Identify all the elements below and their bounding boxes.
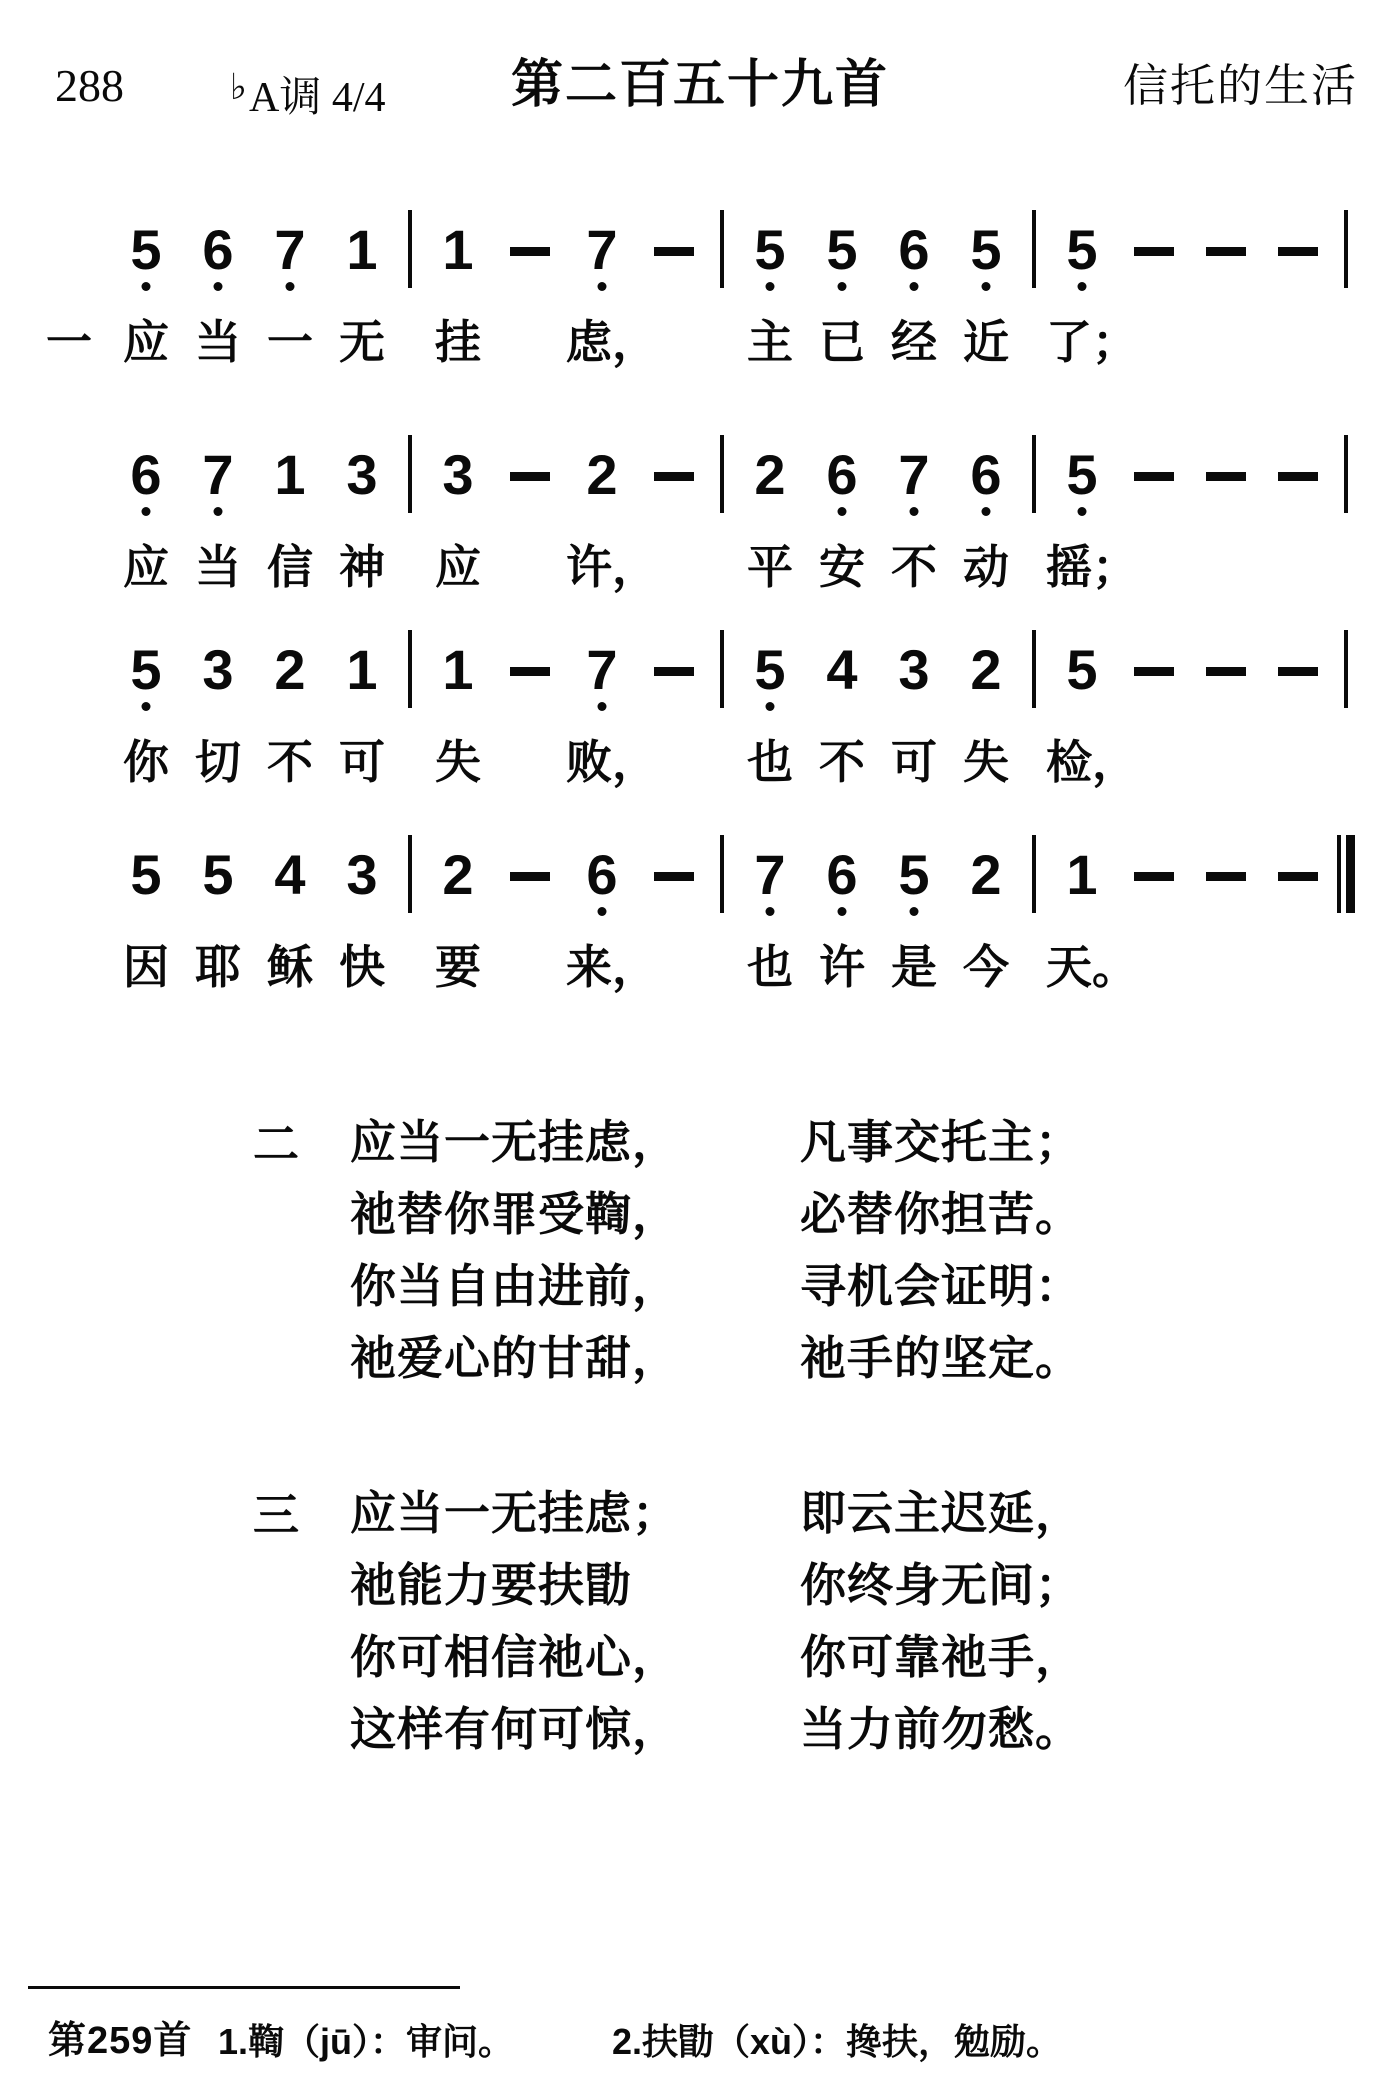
barline xyxy=(1022,222,1046,292)
low-octave-dot xyxy=(598,907,607,916)
hymnal-page: 288 ♭A调 4/4 第二百五十九首 信托的生活 56711755655一应当… xyxy=(0,0,1400,2100)
note: 1 xyxy=(326,222,398,292)
note: 1 xyxy=(422,642,494,712)
barline xyxy=(398,847,422,917)
note: 1 xyxy=(326,642,398,712)
bar xyxy=(1344,630,1348,708)
low-octave-dot xyxy=(910,507,919,516)
note: 2 xyxy=(734,447,806,517)
note-digit: 5 xyxy=(110,847,182,903)
verse-line: 祂爱心的甘甜，祂手的坚定。 xyxy=(350,1328,1250,1400)
note: 5 xyxy=(110,642,182,712)
dash-glyph xyxy=(1278,667,1318,676)
note-digit: 2 xyxy=(254,642,326,698)
lyric-syllable: 主 xyxy=(734,314,806,372)
dash-glyph xyxy=(1134,472,1174,481)
lyric-gap xyxy=(710,539,734,597)
note-digit: 1 xyxy=(254,447,326,503)
note: 2 xyxy=(950,642,1022,712)
note: 4 xyxy=(806,642,878,712)
note: 5 xyxy=(1046,222,1118,292)
low-octave-dot xyxy=(838,907,847,916)
lyric-syllable: 已 xyxy=(806,314,878,372)
lyric-row: 因耶稣快要来，也许是今天。 xyxy=(110,939,1358,997)
lyric-syllable: 当 xyxy=(182,539,254,597)
verse-left-text: 这样有何可惊， xyxy=(350,1699,679,1759)
sustain-dash xyxy=(494,222,566,292)
low-octave-dot xyxy=(766,282,775,291)
dash-glyph xyxy=(510,872,550,881)
note: 6 xyxy=(806,447,878,517)
note-digit: 5 xyxy=(734,222,806,278)
note-digit: 5 xyxy=(878,847,950,903)
barline xyxy=(1022,847,1046,917)
lyric-syllable xyxy=(1262,539,1334,597)
note: 6 xyxy=(566,847,638,917)
dash-glyph xyxy=(654,667,694,676)
lyric-syllable xyxy=(638,939,710,997)
lyric-syllable: 是 xyxy=(878,939,950,997)
lyric-syllable: 神 xyxy=(326,539,398,597)
bar xyxy=(720,630,724,708)
lyric-syllable: 来， xyxy=(566,939,638,997)
verse-line: 应当一无挂虑，凡事交托主； xyxy=(350,1112,1250,1184)
lyric-syllable xyxy=(1118,734,1190,792)
lyric-row: 你切不可失败，也不可失检， xyxy=(110,734,1358,792)
lyric-syllable: 可 xyxy=(326,734,398,792)
verse-line: 这样有何可惊，当力前勿愁。 xyxy=(350,1699,1250,1771)
low-octave-dot xyxy=(142,282,151,291)
barline xyxy=(1022,447,1046,517)
lyric-syllable: 也 xyxy=(734,939,806,997)
note: 7 xyxy=(182,447,254,517)
footnote: 第259首 1.鞫（jū）：审问。 2.扶勖（xù）：搀扶，勉励。 xyxy=(0,2016,1400,2068)
note: 2 xyxy=(950,847,1022,917)
category-title: 信托的生活 xyxy=(1123,60,1358,112)
verse-line: 祂能力要扶勖你终身无间； xyxy=(350,1555,1250,1627)
barline xyxy=(398,447,422,517)
verse-left-text: 你可相信祂心， xyxy=(350,1627,679,1687)
footnote-separator xyxy=(28,1986,460,1989)
low-octave-dot xyxy=(286,282,295,291)
footnote-note-1: 1.鞫（jū）：审问。 xyxy=(218,2020,514,2064)
footnote-hymn-number: 第259首 xyxy=(48,2018,192,2064)
note-digit: 5 xyxy=(110,642,182,698)
bar xyxy=(1337,835,1341,913)
lyric-syllable: 了； xyxy=(1046,314,1118,372)
barline xyxy=(710,222,734,292)
verse-right-text: 你可靠祂手， xyxy=(800,1627,1082,1687)
lyric-syllable: 不 xyxy=(254,734,326,792)
lyric-syllable xyxy=(494,734,566,792)
note-digit: 7 xyxy=(734,847,806,903)
sustain-dash xyxy=(1118,222,1190,292)
lyric-syllable xyxy=(1262,939,1334,997)
verse-left-text: 应当一无挂虑； xyxy=(350,1483,679,1543)
note-digit: 2 xyxy=(422,847,494,903)
lyric-syllable xyxy=(1190,734,1262,792)
barline xyxy=(710,847,734,917)
note-digit: 6 xyxy=(806,847,878,903)
lyric-syllable: 也 xyxy=(734,734,806,792)
lyric-syllable: 败， xyxy=(566,734,638,792)
note-digit: 1 xyxy=(422,642,494,698)
lyric-syllable xyxy=(1118,314,1190,372)
low-octave-dot xyxy=(982,507,991,516)
notation-row: 53211754325 xyxy=(110,642,1358,712)
lyric-syllable xyxy=(1262,314,1334,372)
note-digit: 1 xyxy=(1046,847,1118,903)
note: 5 xyxy=(806,222,878,292)
lyric-syllable: 要 xyxy=(422,939,494,997)
lyric-syllable: 快 xyxy=(326,939,398,997)
dash-glyph xyxy=(1278,472,1318,481)
low-octave-dot xyxy=(142,507,151,516)
lyric-syllable: 许， xyxy=(566,539,638,597)
low-octave-dot xyxy=(982,282,991,291)
verse-number: 二 xyxy=(253,1114,299,1174)
lyric-gap xyxy=(398,939,422,997)
lyric-syllable: 不 xyxy=(806,734,878,792)
note-digit: 7 xyxy=(566,642,638,698)
music-system: 67133226765应当信神应许，平安不动摇； xyxy=(110,447,1358,597)
note: 6 xyxy=(878,222,950,292)
note-digit: 5 xyxy=(734,642,806,698)
bar xyxy=(1344,435,1348,513)
bar xyxy=(1032,210,1036,288)
note-digit: 2 xyxy=(950,847,1022,903)
lyric-gap xyxy=(398,539,422,597)
note-digit: 5 xyxy=(182,847,254,903)
note: 1 xyxy=(1046,847,1118,917)
lyric-gap xyxy=(1022,314,1046,372)
note: 6 xyxy=(182,222,254,292)
lyric-syllable: 天。 xyxy=(1046,939,1118,997)
note: 2 xyxy=(422,847,494,917)
note: 3 xyxy=(422,447,494,517)
note-digit: 6 xyxy=(182,222,254,278)
low-octave-dot xyxy=(766,702,775,711)
lyric-gap xyxy=(1334,314,1358,372)
bar xyxy=(720,435,724,513)
notation-row: 55432676521 xyxy=(110,847,1358,917)
bar xyxy=(720,210,724,288)
lyric-syllable: 信 xyxy=(254,539,326,597)
note-digit: 4 xyxy=(806,642,878,698)
lyric-row: 一应当一无挂虑，主已经近了； xyxy=(110,314,1358,372)
lyric-syllable: 失 xyxy=(950,734,1022,792)
note-digit: 3 xyxy=(182,642,254,698)
barline xyxy=(710,642,734,712)
lyric-syllable: 切 xyxy=(182,734,254,792)
lyric-syllable: 可 xyxy=(878,734,950,792)
lyric-syllable: 摇； xyxy=(1046,539,1118,597)
note: 3 xyxy=(182,642,254,712)
note: 5 xyxy=(878,847,950,917)
bar xyxy=(1032,435,1036,513)
sustain-dash xyxy=(1262,447,1334,517)
lyric-syllable xyxy=(1262,734,1334,792)
sustain-dash xyxy=(1118,847,1190,917)
dash-glyph xyxy=(1134,667,1174,676)
note-digit: 7 xyxy=(566,222,638,278)
sustain-dash xyxy=(1262,847,1334,917)
key-signature: ♭A调 4/4 xyxy=(230,64,386,121)
lyric-syllable xyxy=(494,939,566,997)
dash-glyph xyxy=(1278,247,1318,256)
note: 3 xyxy=(878,642,950,712)
flat-icon: ♭ xyxy=(230,67,247,107)
sustain-dash xyxy=(494,447,566,517)
note: 1 xyxy=(254,447,326,517)
dash-glyph xyxy=(510,667,550,676)
low-octave-dot xyxy=(838,282,847,291)
note: 5 xyxy=(1046,642,1118,712)
lyric-syllable: 平 xyxy=(734,539,806,597)
low-octave-dot xyxy=(838,507,847,516)
note: 2 xyxy=(254,642,326,712)
footnote-note-2: 2.扶勖（xù）：搀扶，勉励。 xyxy=(612,2020,1062,2064)
dash-glyph xyxy=(1206,247,1246,256)
sustain-dash xyxy=(1118,642,1190,712)
dash-glyph xyxy=(1134,872,1174,881)
lyric-row: 应当信神应许，平安不动摇； xyxy=(110,539,1358,597)
music-system: 53211754325你切不可失败，也不可失检， xyxy=(110,642,1358,792)
lyric-syllable xyxy=(1118,539,1190,597)
lyric-syllable: 当 xyxy=(182,314,254,372)
lyric-gap xyxy=(1334,734,1358,792)
verse-right-text: 即云主迟延， xyxy=(800,1483,1082,1543)
note-digit: 6 xyxy=(566,847,638,903)
lyric-syllable: 应 xyxy=(110,539,182,597)
dash-glyph xyxy=(1134,247,1174,256)
note-digit: 5 xyxy=(110,222,182,278)
lyric-gap xyxy=(710,314,734,372)
lyric-syllable xyxy=(1190,314,1262,372)
dash-glyph xyxy=(654,872,694,881)
lyric-syllable xyxy=(494,314,566,372)
barline xyxy=(1022,642,1046,712)
bar xyxy=(408,210,412,288)
lyric-syllable xyxy=(1190,939,1262,997)
verse-left-text: 应当一无挂虑， xyxy=(350,1112,679,1172)
sustain-dash xyxy=(1262,222,1334,292)
low-octave-dot xyxy=(142,702,151,711)
lyric-gap xyxy=(1022,939,1046,997)
sustain-dash xyxy=(638,222,710,292)
note-digit: 2 xyxy=(734,447,806,503)
note-digit: 6 xyxy=(878,222,950,278)
bar xyxy=(408,630,412,708)
sustain-dash xyxy=(638,642,710,712)
lyric-gap xyxy=(1022,734,1046,792)
verse-line: 祂替你罪受鞫，必替你担苦。 xyxy=(350,1184,1250,1256)
note: 1 xyxy=(422,222,494,292)
page-number: 288 xyxy=(55,62,124,110)
lyric-syllable: 动 xyxy=(950,539,1022,597)
note-digit: 5 xyxy=(806,222,878,278)
note-digit: 2 xyxy=(566,447,638,503)
low-octave-dot xyxy=(598,702,607,711)
verse-right-text: 凡事交托主； xyxy=(800,1112,1082,1172)
note: 5 xyxy=(182,847,254,917)
lyric-syllable: 许 xyxy=(806,939,878,997)
sustain-dash xyxy=(638,447,710,517)
verse-line: 应当一无挂虑；即云主迟延， xyxy=(350,1483,1250,1555)
barline xyxy=(398,642,422,712)
verse-right-text: 当力前勿愁。 xyxy=(800,1699,1082,1759)
barline xyxy=(1334,222,1358,292)
note-digit: 2 xyxy=(950,642,1022,698)
lyric-syllable: 虑， xyxy=(566,314,638,372)
dash-glyph xyxy=(510,247,550,256)
lyric-syllable xyxy=(638,539,710,597)
lyric-syllable: 稣 xyxy=(254,939,326,997)
dash-glyph xyxy=(1206,872,1246,881)
verse-left-text: 祂能力要扶勖 xyxy=(350,1555,632,1615)
low-octave-dot xyxy=(214,507,223,516)
note-digit: 3 xyxy=(422,447,494,503)
note-digit: 7 xyxy=(254,222,326,278)
note: 7 xyxy=(734,847,806,917)
sustain-dash xyxy=(494,847,566,917)
lyric-syllable: 一 xyxy=(254,314,326,372)
note: 5 xyxy=(734,642,806,712)
lyric-syllable: 你 xyxy=(110,734,182,792)
lyric-gap xyxy=(398,734,422,792)
lyric-syllable: 失 xyxy=(422,734,494,792)
key-signature-text: A调 4/4 xyxy=(249,75,386,121)
lyric-syllable: 挂 xyxy=(422,314,494,372)
lyric-gap xyxy=(1334,539,1358,597)
music-system: 55432676521因耶稣快要来，也许是今天。 xyxy=(110,847,1358,997)
note-digit: 5 xyxy=(950,222,1022,278)
bar xyxy=(1032,630,1036,708)
lyric-syllable: 不 xyxy=(878,539,950,597)
note: 4 xyxy=(254,847,326,917)
note: 5 xyxy=(734,222,806,292)
note-digit: 5 xyxy=(1046,222,1118,278)
note: 6 xyxy=(110,447,182,517)
note-digit: 3 xyxy=(326,847,398,903)
note: 5 xyxy=(110,222,182,292)
lyric-syllable: 近 xyxy=(950,314,1022,372)
low-octave-dot xyxy=(910,282,919,291)
note: 7 xyxy=(566,642,638,712)
lyric-syllable: 耶 xyxy=(182,939,254,997)
bar xyxy=(720,835,724,913)
dash-glyph xyxy=(1278,872,1318,881)
bar xyxy=(1344,210,1348,288)
lyric-syllable: 应 xyxy=(110,314,182,372)
note: 5 xyxy=(1046,447,1118,517)
note-digit: 1 xyxy=(326,642,398,698)
barline xyxy=(710,447,734,517)
note: 7 xyxy=(878,447,950,517)
note: 2 xyxy=(566,447,638,517)
lyric-syllable xyxy=(638,734,710,792)
verse-right-text: 必替你担苦。 xyxy=(800,1184,1082,1244)
low-octave-dot xyxy=(598,282,607,291)
lyric-gap xyxy=(398,314,422,372)
lyric-syllable: 今 xyxy=(950,939,1022,997)
bar xyxy=(1346,835,1355,913)
note-digit: 1 xyxy=(326,222,398,278)
dash-glyph xyxy=(654,472,694,481)
note-digit: 3 xyxy=(326,447,398,503)
lyric-syllable: 经 xyxy=(878,314,950,372)
note-digit: 6 xyxy=(950,447,1022,503)
dash-glyph xyxy=(510,472,550,481)
note-digit: 7 xyxy=(878,447,950,503)
lyric-gap xyxy=(710,734,734,792)
note: 7 xyxy=(566,222,638,292)
final-double-barline xyxy=(1334,847,1358,917)
notation-row: 67133226765 xyxy=(110,447,1358,517)
dash-glyph xyxy=(654,247,694,256)
barline xyxy=(1334,447,1358,517)
bar xyxy=(408,435,412,513)
note: 6 xyxy=(950,447,1022,517)
lyric-syllable: 因 xyxy=(110,939,182,997)
hymn-number-title: 第二百五十九首 xyxy=(511,56,889,114)
bar xyxy=(1032,835,1036,913)
lyric-gap xyxy=(1022,539,1046,597)
dash-glyph xyxy=(1206,667,1246,676)
sustain-dash xyxy=(1190,847,1262,917)
low-octave-dot xyxy=(1078,507,1087,516)
note-digit: 5 xyxy=(1046,447,1118,503)
verse-left-text: 祂爱心的甘甜， xyxy=(350,1328,679,1388)
verse-line: 你当自由进前，寻机会证明： xyxy=(350,1256,1250,1328)
note-digit: 7 xyxy=(182,447,254,503)
sustain-dash xyxy=(1190,222,1262,292)
note-digit: 6 xyxy=(806,447,878,503)
verse-right-text: 寻机会证明： xyxy=(800,1256,1082,1316)
lyric-syllable xyxy=(1118,939,1190,997)
verse-marker: 一 xyxy=(46,314,92,370)
note: 7 xyxy=(254,222,326,292)
verse-right-text: 祂手的坚定。 xyxy=(800,1328,1082,1388)
bar xyxy=(408,835,412,913)
note: 3 xyxy=(326,847,398,917)
verse-block: 二应当一无挂虑，凡事交托主；祂替你罪受鞫，必替你担苦。你当自由进前，寻机会证明：… xyxy=(350,1112,1250,1400)
sustain-dash xyxy=(494,642,566,712)
lyric-syllable xyxy=(494,539,566,597)
low-octave-dot xyxy=(1078,282,1087,291)
lyric-syllable: 无 xyxy=(326,314,398,372)
note-digit: 6 xyxy=(110,447,182,503)
lyric-syllable: 安 xyxy=(806,539,878,597)
note: 3 xyxy=(326,447,398,517)
low-octave-dot xyxy=(910,907,919,916)
verse-left-text: 你当自由进前， xyxy=(350,1256,679,1316)
lyric-syllable: 应 xyxy=(422,539,494,597)
lyric-gap xyxy=(710,939,734,997)
lyric-gap xyxy=(1334,939,1358,997)
barline xyxy=(398,222,422,292)
music-system: 56711755655一应当一无挂虑，主已经近了； xyxy=(110,222,1358,372)
lyric-syllable xyxy=(1190,539,1262,597)
low-octave-dot xyxy=(214,282,223,291)
sustain-dash xyxy=(1190,642,1262,712)
note-digit: 3 xyxy=(878,642,950,698)
notation-row: 56711755655 xyxy=(110,222,1358,292)
sustain-dash xyxy=(1190,447,1262,517)
low-octave-dot xyxy=(766,907,775,916)
lyric-syllable: 检， xyxy=(1046,734,1118,792)
note: 5 xyxy=(950,222,1022,292)
